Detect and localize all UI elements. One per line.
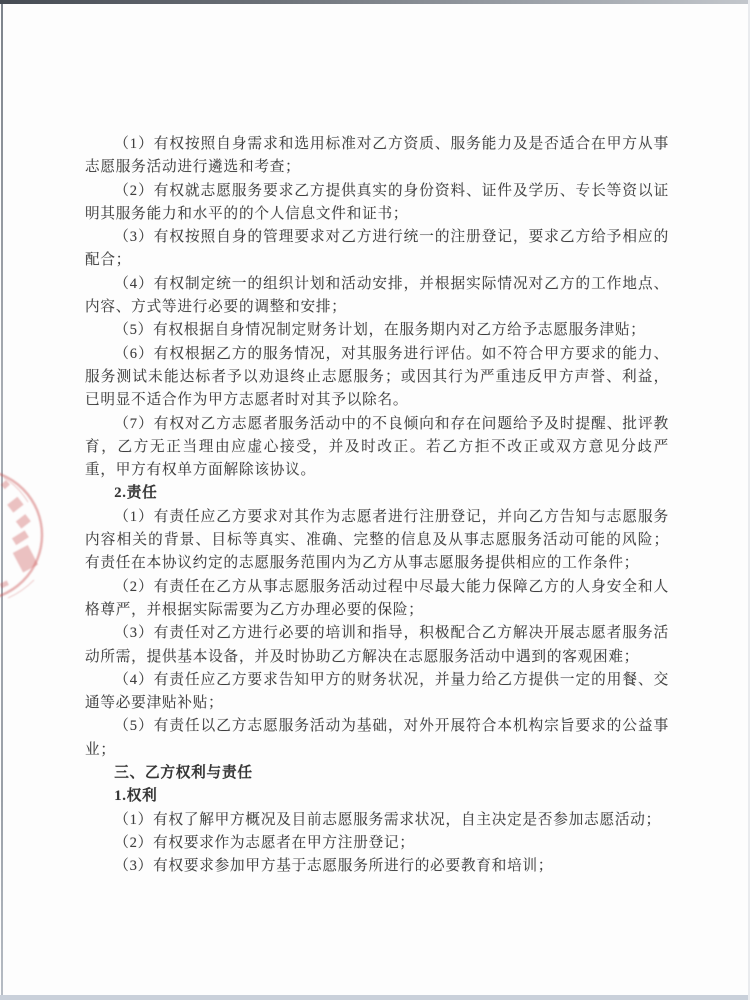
paragraph: （3）有权按照自身的管理要求对乙方进行统一的注册登记，要求乙方给予相应的配合； — [85, 226, 669, 273]
paragraph: （7）有权对乙方志愿者服务活动中的不良倾向和存在问题给予及时提醒、批评教育，乙方… — [85, 413, 669, 483]
scan-edge-top — [0, 0, 750, 4]
section-heading: 1.权利 — [85, 785, 669, 808]
paragraph: （4）有责任应乙方要求告知甲方的财务状况，并量力给乙方提供一定的用餐、交通等必要… — [85, 669, 669, 716]
agreement-text-block: （1）有权按照自身需求和选用标准对乙方资质、服务能力及是否适合在甲方从事志愿服务… — [85, 133, 669, 879]
section-heading: 三、乙方权利与责任 — [85, 762, 669, 785]
paragraph: （3）有责任对乙方进行必要的培训和指导，积极配合乙方解决开展志愿者服务活动所需，… — [85, 622, 669, 669]
scan-edge-bottom — [0, 995, 750, 1000]
section-heading: 2.责任 — [85, 482, 669, 505]
red-seal-stamp — [0, 462, 70, 612]
paragraph: （3）有权要求参加甲方基于志愿服务所进行的必要教育和培训； — [85, 855, 669, 878]
paragraph: （2）有权就志愿服务要求乙方提供真实的身份资料、证件及学历、专长等资以证明其服务… — [85, 180, 669, 227]
paragraph: （6）有权根据乙方的服务情况，对其服务进行评估。如不符合甲方要求的能力、服务测试… — [85, 343, 669, 413]
paragraph: （1）有责任应乙方要求对其作为志愿者进行注册登记，并向乙方告知与志愿服务内容相关… — [85, 506, 669, 576]
paragraph: （1）有权了解甲方概况及目前志愿服务需求状况，自主决定是否参加志愿活动； — [85, 809, 669, 832]
paragraph: （1）有权按照自身需求和选用标准对乙方资质、服务能力及是否适合在甲方从事志愿服务… — [85, 133, 669, 180]
paragraph: （2）有权要求作为志愿者在甲方注册登记； — [85, 832, 669, 855]
paragraph: （2）有责任在乙方从事志愿服务活动过程中尽最大能力保障乙方的人身安全和人格尊严，… — [85, 576, 669, 623]
paragraph: （5）有权根据自身情况制定财务计划，在服务期内对乙方给予志愿服务津贴； — [85, 319, 669, 342]
paragraph: （5）有责任以乙方志愿服务活动为基础，对外开展符合本机构宗旨要求的公益事业； — [85, 715, 669, 762]
scan-edge-left — [1, 4, 3, 996]
document-page: （1）有权按照自身需求和选用标准对乙方资质、服务能力及是否适合在甲方从事志愿服务… — [0, 0, 750, 1000]
paragraph: （4）有权制定统一的组织计划和活动安排，并根据实际情况对乙方的工作地点、内容、方… — [85, 273, 669, 320]
